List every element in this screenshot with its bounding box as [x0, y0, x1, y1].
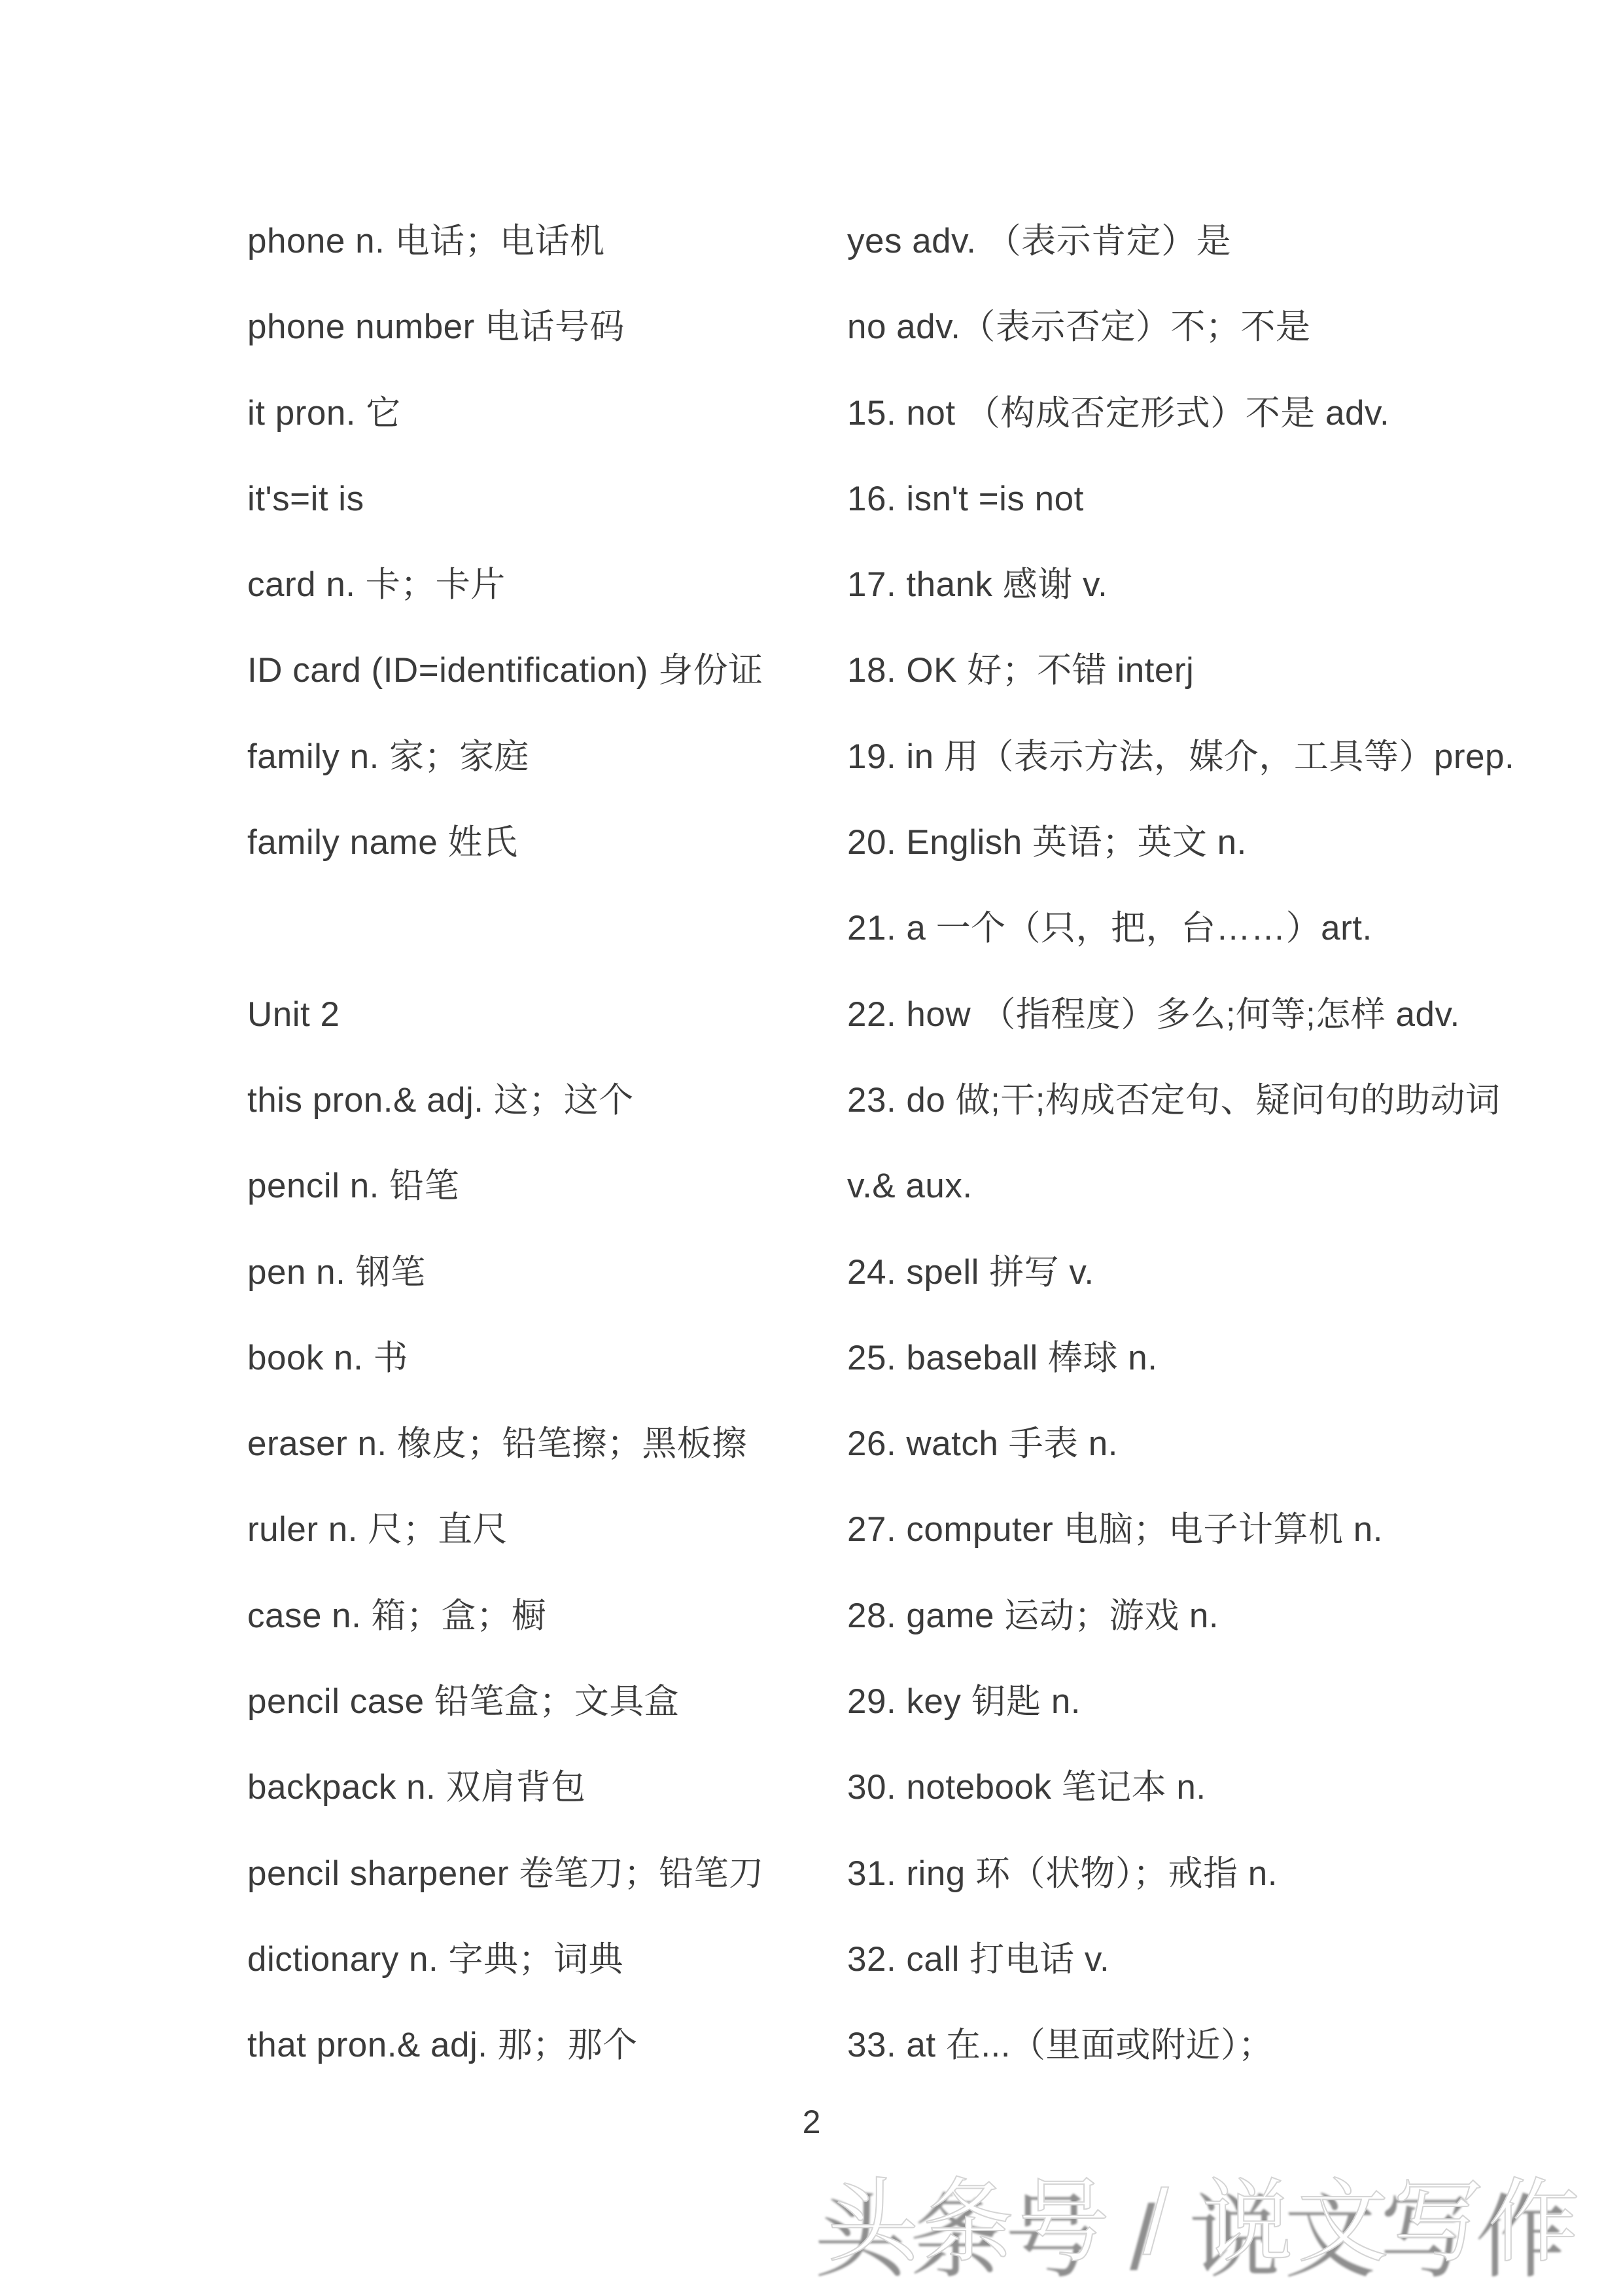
- vocab-row: 29. key 钥匙 n.: [847, 1659, 1514, 1744]
- vocab-column-left: phone n. 电话；电话机phone number 电话号码it pron.…: [247, 198, 764, 2089]
- vocab-row: 17. thank 感谢 v.: [847, 542, 1514, 627]
- vocab-row: 28. game 运动；游戏 n.: [847, 1573, 1514, 1659]
- vocab-row: 27. computer 电脑；电子计算机 n.: [847, 1487, 1514, 1572]
- vocab-row: that pron.& adj. 那；那个: [247, 2002, 764, 2088]
- vocab-row: ID card (ID=identification) 身份证: [247, 627, 764, 713]
- vocab-row: yes adv. （表示肯定）是: [847, 198, 1514, 284]
- vocab-row: 20. English 英语；英文 n.: [847, 800, 1514, 885]
- vocab-row: 25. baseball 棒球 n.: [847, 1315, 1514, 1401]
- vocab-row: 19. in 用（表示方法，媒介，工具等）prep.: [847, 714, 1514, 800]
- vocab-row: 33. at 在...（里面或附近）；: [847, 2002, 1514, 2088]
- vocab-row: Unit 2: [247, 972, 764, 1057]
- vocab-row: 22. how （指程度）多么;何等;怎样 adv.: [847, 972, 1514, 1057]
- vocab-row: 32. call 打电话 v.: [847, 1916, 1514, 2002]
- vocab-row: 23. do 做;干;构成否定句、疑问句的助动词: [847, 1057, 1514, 1143]
- vocab-row: book n. 书: [247, 1315, 764, 1401]
- vocab-row: backpack n. 双肩背包: [247, 1744, 764, 1830]
- vocab-row: pen n. 钢笔: [247, 1229, 764, 1315]
- vocab-row: 31. ring 环（状物）；戒指 n.: [847, 1831, 1514, 1916]
- vocab-row-spacer: [247, 885, 764, 971]
- vocab-row: pencil n. 铅笔: [247, 1143, 764, 1229]
- vocab-row: it pron. 它: [247, 370, 764, 456]
- page-number: 2: [0, 2097, 1623, 2147]
- vocab-row: 21. a 一个（只，把，台……）art.: [847, 885, 1514, 971]
- vocab-row: 16. isn't =is not: [847, 456, 1514, 542]
- vocab-row: this pron.& adj. 这；这个: [247, 1057, 764, 1143]
- vocab-row: dictionary n. 字典；词典: [247, 1916, 764, 2002]
- vocab-row: ruler n. 尺；直尺: [247, 1487, 764, 1572]
- vocab-row: 26. watch 手表 n.: [847, 1401, 1514, 1487]
- vocab-row: no adv.（表示否定）不；不是: [847, 284, 1514, 370]
- vocab-row: pencil case 铅笔盒；文具盒: [247, 1659, 764, 1744]
- vocab-row: it's=it is: [247, 456, 764, 542]
- vocab-row: 15. not （构成否定形式）不是 adv.: [847, 370, 1514, 456]
- vocab-row: eraser n. 橡皮；铅笔擦；黑板擦: [247, 1401, 764, 1487]
- vocab-row: 30. notebook 笔记本 n.: [847, 1744, 1514, 1830]
- vocab-row: v.& aux.: [847, 1143, 1514, 1229]
- vocab-row: phone number 电话号码: [247, 284, 764, 370]
- document-page: phone n. 电话；电话机phone number 电话号码it pron.…: [0, 0, 1623, 2296]
- vocab-row: 18. OK 好；不错 interj: [847, 627, 1514, 713]
- vocab-row: family n. 家；家庭: [247, 714, 764, 800]
- watermark: 头条号 / 说文写作: [827, 2172, 1584, 2272]
- vocab-column-right: yes adv. （表示肯定）是no adv.（表示否定）不；不是15. not…: [847, 198, 1514, 2089]
- vocab-row: phone n. 电话；电话机: [247, 198, 764, 284]
- vocab-row: pencil sharpener 卷笔刀；铅笔刀: [247, 1831, 764, 1916]
- vocab-row: 24. spell 拼写 v.: [847, 1229, 1514, 1315]
- vocab-row: case n. 箱；盒；橱: [247, 1573, 764, 1659]
- vocab-row: card n. 卡；卡片: [247, 542, 764, 627]
- vocab-row: family name 姓氏: [247, 800, 764, 885]
